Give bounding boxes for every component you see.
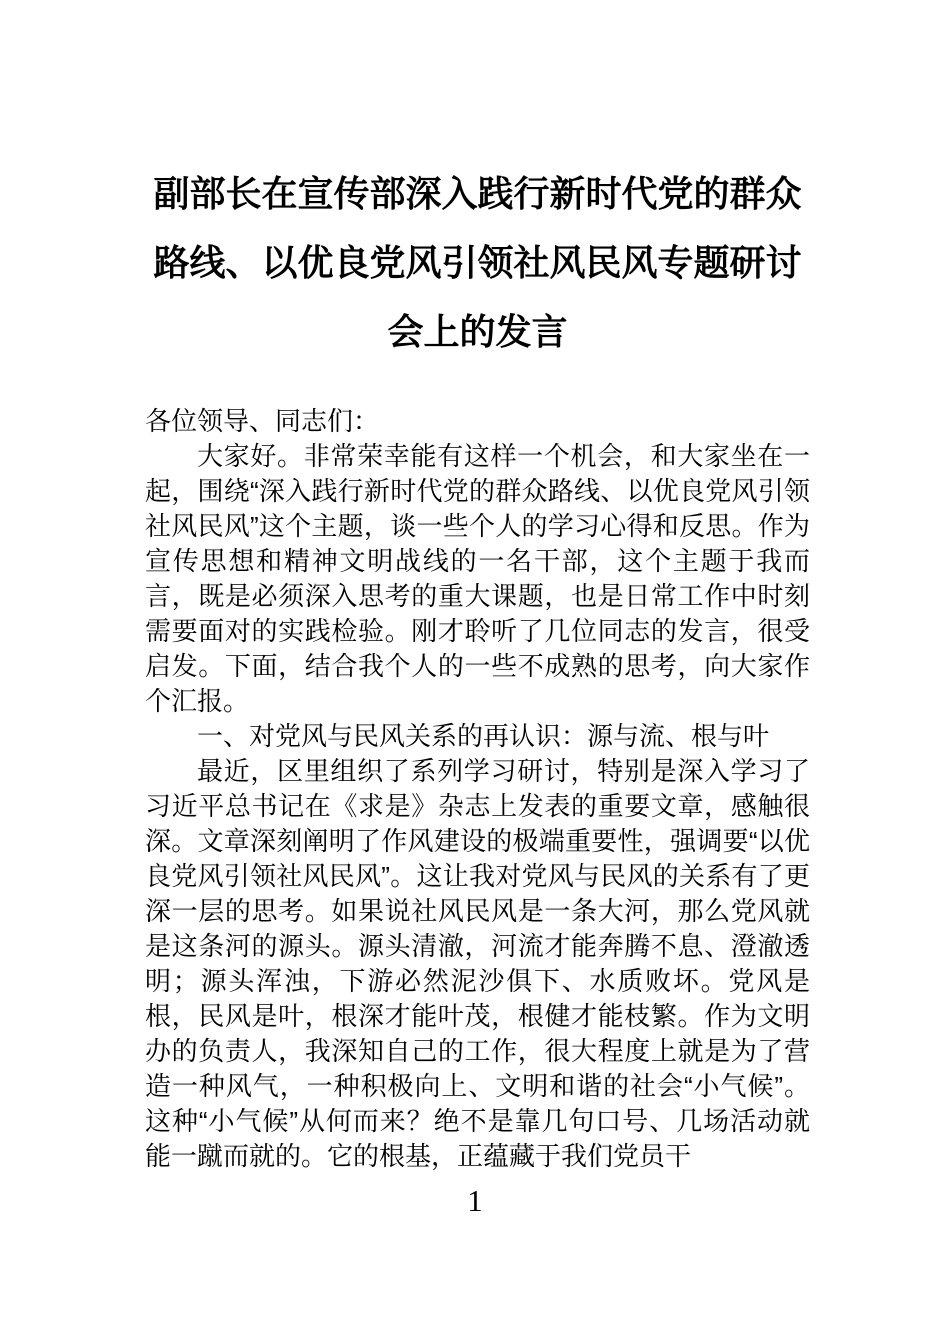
document-page: 副部长在宣传部深入践行新时代党的群众路线、以优良党风引领社风民风专题研讨会上的发… (0, 0, 950, 1344)
paragraph-section-1-body: 最近，区里组织了系列学习研讨，特别是深入学习了习近平总书记在《求是》杂志上发表的… (145, 754, 810, 1174)
document-body: 各位领导、同志们： 大家好。非常荣幸能有这样一个机会，和大家坐在一起，围绕“深入… (145, 404, 810, 1174)
section-heading-1: 一、对党风与民风关系的再认识：源与流、根与叶 (145, 719, 810, 754)
document-title: 副部长在宣传部深入践行新时代党的群众路线、以优良党风引领社风民风专题研讨会上的发… (145, 159, 810, 366)
paragraph-opening: 大家好。非常荣幸能有这样一个机会，和大家坐在一起，围绕“深入践行新时代党的群众路… (145, 439, 810, 719)
salutation-line: 各位领导、同志们： (145, 404, 810, 439)
page-number: 1 (0, 1185, 950, 1216)
